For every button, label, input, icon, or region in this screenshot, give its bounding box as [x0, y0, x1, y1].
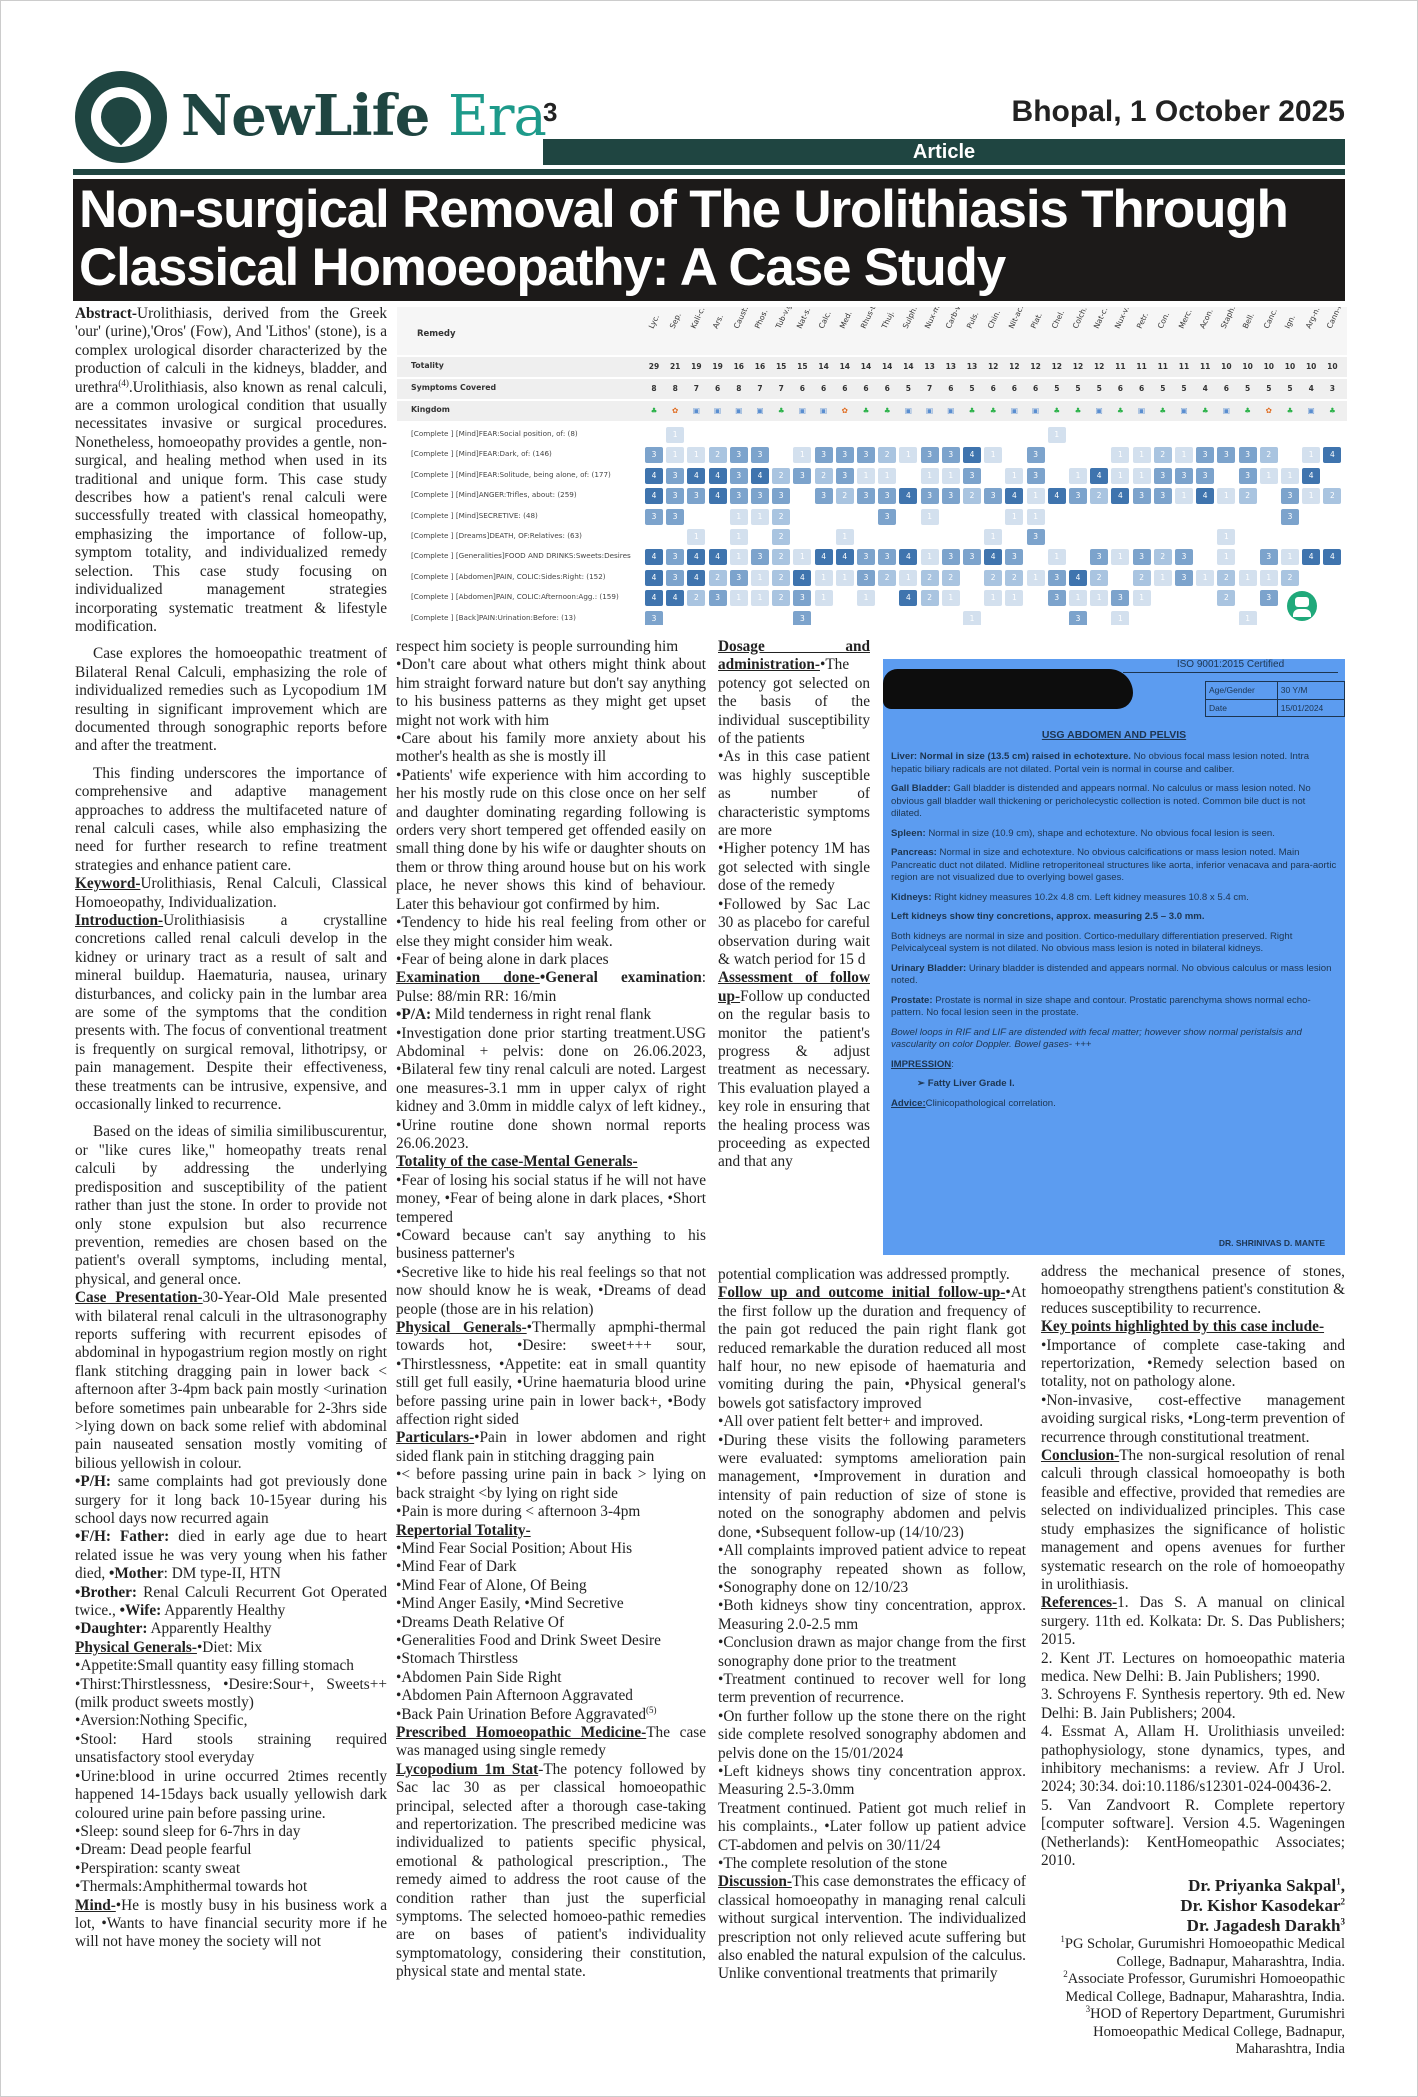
author: Dr. Priyanka Sakpal1,: [1041, 1876, 1345, 1896]
grade-cell: 4: [687, 468, 705, 484]
report-section: Spleen: Normal in size (10.9 cm), shape …: [891, 828, 1337, 841]
grade-cell: 3: [1069, 611, 1087, 625]
grade-cell: 1: [921, 549, 939, 565]
remedy-name: Rhus-t.: [859, 307, 878, 330]
grade-cell: 3: [878, 488, 896, 504]
grade-cell: 3: [730, 447, 748, 463]
totality-value: 14: [878, 359, 896, 375]
keywords: Keyword-Urolithiasis, Renal Calculi, Cla…: [75, 875, 387, 912]
mineral-kingdom-icon: ▣: [1133, 403, 1151, 419]
list-item: •Both kidneys show tiny concentration, a…: [718, 1597, 1026, 1634]
grade-cell: 3: [1175, 468, 1193, 484]
grade-cell: 3: [963, 549, 981, 565]
assistant-bot-icon[interactable]: [1287, 591, 1317, 621]
examination: Examination done-•General examination: P…: [396, 969, 706, 1006]
grade-cell: 4: [793, 570, 811, 586]
list-item: •Abdomen Pain Side Right: [396, 1669, 706, 1687]
remedy-name: Sep.: [668, 311, 683, 330]
remedy-name: Acon.: [1198, 307, 1215, 330]
grade-cell: 1: [1133, 590, 1151, 606]
grade-cell: 1: [1069, 468, 1087, 484]
remedy-name: Nat-c.: [1092, 307, 1110, 330]
masthead-divider: [73, 169, 1345, 175]
mineral-kingdom-icon: ▣: [730, 403, 748, 419]
grade-cell: 1: [1281, 549, 1299, 565]
report-section: Liver: Normal in size (13.5 cm) raised i…: [891, 751, 1337, 776]
remedy-name: Calc.: [816, 309, 832, 330]
assessment: Assessment of follow up-Follow up conduc…: [718, 969, 870, 1171]
grade-cell: 1: [1048, 427, 1066, 443]
grade-cell: 2: [1217, 590, 1235, 606]
family-history: •F/H: Father: died in early age due to h…: [75, 1528, 387, 1583]
list-item: •Non-invasive, cost-effective management…: [1041, 1392, 1345, 1447]
plant-kingdom-icon: ♣: [1069, 403, 1087, 419]
grade-cell: 3: [815, 488, 833, 504]
grade-cell: 1: [836, 529, 854, 545]
grade-cell: 3: [751, 447, 769, 463]
grade-cell: 1: [751, 570, 769, 586]
grade-cell: 1: [1281, 468, 1299, 484]
grade-cell: 1: [687, 529, 705, 545]
grade-cell: 1: [793, 549, 811, 565]
remedy-name: Chin.: [986, 309, 1002, 330]
mineral-kingdom-icon: ▣: [793, 403, 811, 419]
totality-value: 21: [666, 359, 684, 375]
totality-value: 11: [1175, 359, 1193, 375]
totality-value: 15: [793, 359, 811, 375]
symptoms-covered-value: 5: [899, 381, 917, 397]
grade-cell: 4: [751, 468, 769, 484]
repertory-chart: Remedy Lyc.Sep.Kali-c.Ars.Caust.Phos.Tub…: [397, 307, 1347, 625]
symptoms-covered-value: 6: [942, 381, 960, 397]
symptoms-covered-value: 5: [1281, 381, 1299, 397]
plant-kingdom-icon: ♣: [645, 403, 663, 419]
section-label: Article: [543, 139, 1345, 165]
plant-kingdom-icon: ♣: [772, 403, 790, 419]
totality-value: 10: [1323, 359, 1341, 375]
grade-cell: 1: [942, 468, 960, 484]
repertory-row: [Complete ] [Generalities]FOOD AND DRINK…: [397, 547, 1347, 567]
mineral-kingdom-icon: ▣: [815, 403, 833, 419]
grade-cell: 2: [878, 447, 896, 463]
grade-cell: 1: [1048, 549, 1066, 565]
remedy-header-label: Remedy: [417, 329, 456, 339]
row-label: [Complete ] [Dreams]DEATH, OF:Relatives:…: [411, 531, 582, 540]
grade-cell: 2: [709, 447, 727, 463]
grade-cell: 3: [1005, 549, 1023, 565]
grade-cell: 1: [687, 447, 705, 463]
totality-value: 10: [1260, 359, 1278, 375]
totality-value: 12: [1005, 359, 1023, 375]
repertory-row: [Complete ] [Dreams]DEATH, OF:Relatives:…: [397, 527, 1347, 547]
grade-cell: 3: [645, 447, 663, 463]
totality-value: 12: [1090, 359, 1108, 375]
list-item: Treatment continued. Patient got much re…: [718, 1800, 1026, 1855]
grade-cell: 2: [772, 570, 790, 586]
grade-cell: 1: [984, 447, 1002, 463]
symptoms-covered-value: 6: [1027, 381, 1045, 397]
grade-cell: 4: [984, 549, 1002, 565]
certification-text: ISO 9001:2015 Certified: [1123, 659, 1338, 673]
grade-cell: 3: [1027, 529, 1045, 545]
keypoints-heading: Key points highlighted by this case incl…: [1041, 1318, 1345, 1336]
animal-kingdom-icon: ✿: [1260, 403, 1278, 419]
grade-cell: 3: [878, 549, 896, 565]
grade-cell: 3: [963, 468, 981, 484]
totality-value: 12: [1048, 359, 1066, 375]
doctor-signature: DR. SHRINIVAS D. MANTE: [1219, 1237, 1325, 1250]
plant-kingdom-icon: ♣: [878, 403, 896, 419]
repertory-row: Kingdom♣✿▣▣▣▣♣▣▣✿♣♣▣▣▣♣♣▣▣♣♣▣♣▣♣▣♣▣♣✿♣▣♣: [397, 401, 1347, 421]
discussion-continued: address the mechanical presence of stone…: [1041, 1263, 1345, 1318]
repertory-row: [Complete ] [Mind]FEAR:Solitude, being a…: [397, 466, 1347, 486]
repertory-row: [Complete ] [Mind]SECRETIVE: (48)3311231…: [397, 507, 1347, 527]
list-item: •Thermals:Amphithermal towards hot: [75, 1878, 387, 1896]
redacted-area: [883, 669, 1133, 709]
list-item: •Higher potency 1M has got selected with…: [718, 840, 870, 895]
grade-cell: 2: [1154, 549, 1172, 565]
symptoms-covered-value: 5: [1048, 381, 1066, 397]
totality-value: 11: [1133, 359, 1151, 375]
row-label: [Complete ] [Mind]ANGER:Trifles, about: …: [411, 490, 577, 499]
grade-cell: 1: [1217, 488, 1235, 504]
grade-cell: 2: [921, 590, 939, 606]
grade-cell: 4: [666, 590, 684, 606]
symptoms-covered-value: 7: [921, 381, 939, 397]
author: Dr. Jagadesh Darakh3: [1041, 1916, 1345, 1936]
grade-cell: 1: [857, 590, 875, 606]
mineral-kingdom-icon: ▣: [687, 403, 705, 419]
grade-cell: 1: [1217, 529, 1235, 545]
plant-kingdom-icon: ♣: [857, 403, 875, 419]
dateline: Bhopal, 1 October 2025: [1012, 95, 1345, 129]
mineral-kingdom-icon: ▣: [1175, 403, 1193, 419]
physical-generals: Physical Generals-•Diet: Mix: [75, 1639, 387, 1657]
grade-cell: 2: [687, 590, 705, 606]
remedy-name: Petr.: [1134, 311, 1149, 330]
grade-cell: 1: [1217, 549, 1235, 565]
list-item: •All complaints improved patient advice …: [718, 1542, 1026, 1597]
totality-value: 12: [984, 359, 1002, 375]
patient-info-table: Age/Gender30 Y/M Date15/01/2024: [1205, 681, 1345, 717]
grade-cell: 3: [793, 468, 811, 484]
grade-cell: 3: [1154, 488, 1172, 504]
mineral-kingdom-icon: ▣: [709, 403, 727, 419]
grade-cell: 2: [1260, 447, 1278, 463]
grade-cell: 1: [1005, 509, 1023, 525]
report-section: Both kidneys are normal in size and posi…: [891, 931, 1337, 956]
masthead: NewLife Era 3 Bhopal, 1 October 2025 Art…: [73, 69, 1345, 169]
totality-value: 16: [751, 359, 769, 375]
row-label: Kingdom: [411, 405, 450, 414]
grade-cell: 4: [963, 447, 981, 463]
newspaper-page: NewLife Era 3 Bhopal, 1 October 2025 Art…: [0, 0, 1418, 2097]
list-item: •Thirst:Thirstlessness, •Desire:Sour+, S…: [75, 1676, 387, 1713]
advice: Advice:Clinicopathological correlation.: [891, 1098, 1337, 1111]
grade-cell: 1: [1005, 468, 1023, 484]
grade-cell: 1: [1175, 447, 1193, 463]
grade-cell: 4: [645, 590, 663, 606]
remedy-name: Cann-i.: [1325, 307, 1344, 330]
list-item: •Mind Anger Easily, •Mind Secretive: [396, 1595, 706, 1613]
grade-cell: 3: [1281, 509, 1299, 525]
grade-cell: 1: [1027, 509, 1045, 525]
symptoms-covered-value: 6: [836, 381, 854, 397]
list-item: •During these visits the following param…: [718, 1432, 1026, 1542]
list-item: •Aversion:Nothing Specific,: [75, 1712, 387, 1730]
grade-cell: 3: [645, 611, 663, 625]
grade-cell: 4: [1323, 447, 1341, 463]
affiliation: 3HOD of Repertory Department, Gurumishri…: [1041, 2006, 1345, 2059]
list-item: •Urine:blood in urine occurred 2times re…: [75, 1768, 387, 1823]
grade-cell: 2: [772, 529, 790, 545]
totality-value: 11: [1111, 359, 1129, 375]
remedy-name: Colch.: [1071, 307, 1089, 330]
list-item: •Followed by Sac Lac 30 as placebo for c…: [718, 896, 870, 970]
grade-cell: 1: [730, 590, 748, 606]
column-2: respect him society is people surroundin…: [396, 638, 706, 1982]
grade-cell: 3: [1090, 549, 1108, 565]
repertory-row: Symptoms Covered887687766666576566655566…: [397, 379, 1347, 399]
remedy-name: Kali-c.: [689, 307, 707, 330]
list-item: •Stool: Hard stools straining required u…: [75, 1731, 387, 1768]
list-item: •Patients' wife experience with him acco…: [396, 767, 706, 914]
list-item: •Care about his family more anxiety abou…: [396, 730, 706, 767]
grade-cell: 3: [730, 570, 748, 586]
grade-cell: 3: [836, 468, 854, 484]
totality-value: 14: [857, 359, 875, 375]
remedy-name: Merc.: [1177, 308, 1194, 330]
family-history-daughter: •Daughter: Apparently Healthy: [75, 1620, 387, 1638]
grade-cell: 3: [751, 488, 769, 504]
grade-cell: 3: [942, 488, 960, 504]
prescribed-medicine: Prescribed Homoeopathic Medicine-The cas…: [396, 1724, 706, 1761]
grade-cell: 2: [772, 549, 790, 565]
symptoms-covered-value: 5: [1069, 381, 1087, 397]
grade-cell: 1: [1111, 468, 1129, 484]
remedy-name: Tub-v.g.: [774, 307, 794, 330]
grade-cell: 4: [645, 488, 663, 504]
grade-cell: 2: [1154, 447, 1172, 463]
symptoms-covered-value: 6: [1005, 381, 1023, 397]
list-item: •Tendency to hide his real feeling from …: [396, 914, 706, 951]
remedy-name: Nit-ac.: [1007, 307, 1025, 330]
symptoms-covered-value: 6: [857, 381, 875, 397]
list-item: •On further follow up the stone there on…: [718, 1708, 1026, 1763]
grade-cell: 2: [1005, 570, 1023, 586]
discussion: Discussion-This case demonstrates the ef…: [718, 1873, 1026, 1983]
remedy-name: Nat-s.: [795, 307, 813, 330]
bowel-note: Bowel loops in RIF and LIF are distended…: [891, 1027, 1337, 1052]
grade-cell: 4: [645, 549, 663, 565]
followup: Follow up and outcome initial follow-up-…: [718, 1284, 1026, 1413]
grade-cell: 1: [1133, 447, 1151, 463]
list-item: •Fear of being alone in dark places: [396, 951, 706, 969]
grade-cell: 3: [687, 488, 705, 504]
usg-report-image: ISO 9001:2015 Certified Age/Gender30 Y/M…: [883, 659, 1345, 1255]
remedy-name: Med.: [838, 310, 854, 330]
repertory-row: [Complete ] [Abdomen]PAIN, COLIC:Sides:R…: [397, 568, 1347, 588]
list-item: •Appetite:Small quantity easy filling st…: [75, 1657, 387, 1675]
list-item: •Perspiration: scanty sweat: [75, 1860, 387, 1878]
symptoms-covered-value: 8: [730, 381, 748, 397]
grade-cell: 3: [730, 488, 748, 504]
grade-cell: 3: [1196, 447, 1214, 463]
column-3-continued: potential complication was addressed pro…: [718, 1266, 1026, 1984]
totality-value: 10: [1281, 359, 1299, 375]
grade-cell: 3: [751, 549, 769, 565]
headline-block: Non-surgical Removal of The Urolithiasis…: [73, 179, 1345, 301]
list-item: •Importance of complete case-taking and …: [1041, 1337, 1345, 1392]
grade-cell: 2: [815, 468, 833, 484]
grade-cell: 4: [687, 570, 705, 586]
grade-cell: 3: [1175, 549, 1193, 565]
abstract: Abstract-Urolithiasis, derived from the …: [75, 305, 387, 636]
grade-cell: 3: [1154, 468, 1172, 484]
paragraph: Case explores the homoeopathic treatment…: [75, 645, 387, 755]
grade-cell: 2: [772, 590, 790, 606]
grade-cell: 1: [1196, 570, 1214, 586]
grade-cell: 1: [1090, 590, 1108, 606]
remedy-name: Caust.: [732, 307, 750, 330]
report-section: Urinary Bladder: Urinary bladder is dist…: [891, 963, 1337, 988]
grade-cell: 1: [1027, 488, 1045, 504]
plant-kingdom-icon: ♣: [1196, 403, 1214, 419]
grade-cell: 4: [1302, 549, 1320, 565]
animal-kingdom-icon: ✿: [666, 403, 684, 419]
remedy-name: Nux-v.: [1113, 307, 1131, 330]
remedy-name: Bell.: [1240, 311, 1255, 330]
grade-cell: 1: [815, 590, 833, 606]
grade-cell: 3: [921, 447, 939, 463]
grade-cell: 1: [921, 509, 939, 525]
symptoms-covered-value: 5: [1090, 381, 1108, 397]
list-item: •All over patient felt better+ and impro…: [718, 1413, 1026, 1431]
grade-cell: 1: [1005, 590, 1023, 606]
report-title: USG ABDOMEN AND PELVIS: [883, 729, 1345, 742]
grade-cell: 3: [857, 488, 875, 504]
grade-cell: 3: [1048, 570, 1066, 586]
row-label: [Complete ] [Mind]FEAR:Dark, of: (146): [411, 449, 552, 458]
list-item: •Sleep: sound sleep for 6-7hrs in day: [75, 1823, 387, 1841]
mineral-kingdom-icon: ▣: [751, 403, 769, 419]
grade-cell: 1: [921, 468, 939, 484]
grade-cell: 2: [963, 488, 981, 504]
totality-value: 14: [815, 359, 833, 375]
per-abdomen: •P/A: Mild tenderness in right renal fla…: [396, 1006, 706, 1024]
symptoms-covered-value: 6: [815, 381, 833, 397]
repertory-header: Remedy Lyc.Sep.Kali-c.Ars.Caust.Phos.Tub…: [397, 307, 1347, 355]
remedy-name: Staph.: [1219, 307, 1237, 330]
paragraph: Based on the ideas of similia similibusc…: [75, 1123, 387, 1289]
assessment-continued: potential complication was addressed pro…: [718, 1266, 1026, 1284]
grade-cell: 1: [899, 570, 917, 586]
row-label: Totality: [411, 361, 444, 370]
grade-cell: 3: [1027, 468, 1045, 484]
grade-cell: 1: [730, 509, 748, 525]
list-item: •Pain is more during < afternoon 3-4pm: [396, 1503, 706, 1521]
grade-cell: 3: [1027, 447, 1045, 463]
report-section: Gall Bladder: Gall bladder is distended …: [891, 783, 1337, 821]
grade-cell: 2: [878, 570, 896, 586]
grade-cell: 1: [1302, 488, 1320, 504]
impression-item: ➢ Fatty Liver Grade I.: [891, 1078, 1337, 1091]
family-history-brother: •Brother: Renal Calculi Recurrent Got Op…: [75, 1584, 387, 1621]
plant-kingdom-icon: ♣: [984, 403, 1002, 419]
mineral-kingdom-icon: ▣: [921, 403, 939, 419]
report-section: Prostate: Prostate is normal in size sha…: [891, 995, 1337, 1020]
list-item: •Coward because can't say anything to hi…: [396, 1227, 706, 1264]
totality-value: 13: [942, 359, 960, 375]
grade-cell: 1: [1302, 447, 1320, 463]
grade-cell: 4: [899, 590, 917, 606]
column-1: Abstract-Urolithiasis, derived from the …: [75, 305, 387, 1952]
grade-cell: 1: [1154, 570, 1172, 586]
remedy-name: Canc.: [1262, 307, 1279, 330]
totality-value: 11: [1196, 359, 1214, 375]
remedy-name: Carb-v.: [944, 307, 963, 330]
past-history: •P/H: same complaints had got previously…: [75, 1473, 387, 1528]
grade-cell: 2: [984, 570, 1002, 586]
totality-value: 13: [921, 359, 939, 375]
totality-value: 14: [836, 359, 854, 375]
mineral-kingdom-icon: ▣: [942, 403, 960, 419]
grade-cell: 3: [645, 509, 663, 525]
grade-cell: 3: [1133, 549, 1151, 565]
grade-cell: 3: [1133, 488, 1151, 504]
animal-kingdom-icon: ✿: [836, 403, 854, 419]
symptoms-covered-value: 5: [963, 381, 981, 397]
grade-cell: 3: [815, 447, 833, 463]
grade-cell: 3: [1260, 549, 1278, 565]
totality-value: 12: [1069, 359, 1087, 375]
row-label: [Complete ] [Mind]FEAR:Solitude, being a…: [411, 470, 611, 479]
particulars: Particulars-•Pain in lower abdomen and r…: [396, 1429, 706, 1466]
remedy-name: Con.: [1156, 311, 1171, 330]
grade-cell: 2: [942, 570, 960, 586]
grade-cell: 3: [942, 447, 960, 463]
grade-cell: 1: [963, 611, 981, 625]
grade-cell: 3: [666, 570, 684, 586]
list-item: •< before passing urine pain in back > l…: [396, 1466, 706, 1503]
list-item: •As in this case patient was highly susc…: [718, 748, 870, 840]
grade-cell: 4: [645, 570, 663, 586]
grade-cell: 4: [1048, 488, 1066, 504]
grade-cell: 1: [857, 468, 875, 484]
grade-cell: 2: [921, 570, 939, 586]
grade-cell: 4: [645, 468, 663, 484]
physical-generals-2: Physical Generals-•Thermally apmphi-ther…: [396, 1319, 706, 1429]
grade-cell: 1: [1239, 611, 1257, 625]
grade-cell: 2: [709, 570, 727, 586]
affiliations: 1PG Scholar, Gurumishri Homoeopathic Med…: [1041, 1936, 1345, 2059]
grade-cell: 1: [730, 549, 748, 565]
symptoms-covered-value: 3: [1323, 381, 1341, 397]
totality-value: 13: [963, 359, 981, 375]
totality-value: 29: [645, 359, 663, 375]
report-section: Pancreas: Normal in size and echotexture…: [891, 847, 1337, 885]
grade-cell: 3: [709, 590, 727, 606]
remedy-name: Lyc.: [647, 313, 661, 330]
list-item: •Mind Fear of Alone, Of Being: [396, 1577, 706, 1595]
case-presentation: Case Presentation-30-Year-Old Male prese…: [75, 1289, 387, 1473]
symptoms-covered-value: 6: [793, 381, 811, 397]
grade-cell: 3: [1196, 468, 1214, 484]
remedy-name: Chel.: [1050, 309, 1066, 330]
grade-cell: 1: [1111, 611, 1129, 625]
grade-cell: 3: [857, 549, 875, 565]
mineral-kingdom-icon: ▣: [1217, 403, 1235, 419]
